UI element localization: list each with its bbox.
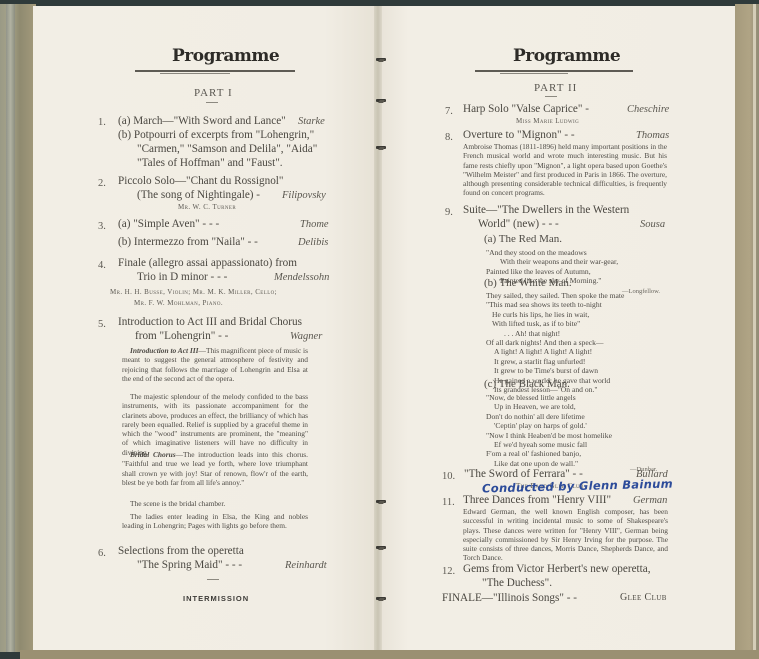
item-number: 7. [445, 106, 453, 117]
performer: Mr. H. H. Busse, Violin; Mr. M. K. Mille… [110, 288, 277, 296]
performer: Miss Marie Ludwig [516, 117, 579, 125]
composer: Thomas [636, 130, 669, 141]
performer: Mr. W. C. Turner [178, 203, 236, 211]
binding-staple-icon [376, 597, 386, 600]
item-line: Selections from the operetta [118, 545, 244, 557]
item-line: Suite—"The Dwellers in the Western [463, 204, 629, 216]
programme-note: Introduction to Act III—This magnificent… [122, 346, 308, 383]
title-underline [475, 70, 633, 72]
performer: Mr. F. W. Mohlman, Piano. [134, 299, 223, 307]
verse-line: It grew, a starlit flag unfurled! [486, 357, 624, 366]
note-lead: Bridal Chorus [130, 450, 176, 459]
item-line: Harp Solo "Valse Caprice" - [463, 103, 589, 115]
item-number: 5. [98, 319, 106, 330]
performer: Glee Club [620, 592, 667, 603]
item-line: "Tales of Hoffman" and "Faust". [137, 157, 283, 169]
note-text: The scene is the bridal chamber. [130, 499, 225, 508]
verse-line: Ef we'd hyeah some music fall [486, 440, 612, 449]
composer: Starke [298, 116, 325, 127]
verse-line: With their weapons and their war-gear, [486, 257, 618, 266]
verse-line: Don't do nothin' all dere lifetime [486, 412, 612, 421]
composer: Sousa [640, 219, 665, 230]
movement-heading: (a) The Red Man. [484, 233, 562, 245]
part-heading: PART II [534, 82, 577, 94]
item-number: 2. [98, 178, 106, 189]
verse-attribution: —Longfellow. [622, 288, 660, 295]
item-line: (b) Potpourri of excerpts from "Lohengri… [118, 129, 314, 141]
item-line: (b) Intermezzo from "Naila" - - [118, 236, 258, 248]
binding-staple-icon [376, 58, 386, 61]
finale-line: FINALE—"Illinois Songs" - - [442, 592, 577, 604]
programme-note: Edward German, the well known English co… [463, 507, 668, 563]
item-line: (a) "Simple Aven" - - - [118, 218, 219, 230]
verse-line: Up in Heaven, we are told, [486, 402, 612, 411]
programme-note: The ladies enter leading in Elsa, the Ki… [122, 512, 308, 531]
item-line: Finale (allegro assai appassionato) from [118, 257, 297, 269]
programme-note: Ambroise Thomas (1811-1896) held many im… [463, 142, 667, 198]
verse-line: They sailed, they sailed. Then spoke the… [486, 291, 624, 300]
verse-line: . . . Ah! that night! [486, 329, 624, 338]
part-heading: PART I [194, 87, 233, 99]
composer: Filipovsky [282, 190, 326, 201]
item-line: "Carmen," "Samson and Delila", "Aida" [137, 143, 317, 155]
composer: Wagner [290, 331, 322, 342]
composer: Thome [300, 219, 329, 230]
item-line: Introduction to Act III and Bridal Choru… [118, 316, 302, 328]
programme-note: The majestic splendour of the melody con… [122, 392, 308, 457]
verse-line: A light! A light! A light! A light! [486, 347, 624, 356]
verse-line: He curls his lips, he lies in wait, [486, 310, 624, 319]
movement-heading: (c) The Black Man. [484, 378, 570, 390]
verse-line: "Now I think Heaben'd be most homelike [486, 431, 612, 440]
item-number: 4. [98, 260, 106, 271]
item-line: Piccolo Solo—"Chant du Rossignol" [118, 175, 283, 187]
verse-line: Like dat one upon de wall." [486, 459, 612, 468]
item-number: 11. [442, 497, 455, 508]
composer: German [633, 495, 667, 506]
verse-line: "This mad sea shows its teeth to-night [486, 300, 624, 309]
verse-line: 'Ceptin' play on harps of gold.' [486, 421, 612, 430]
divider [545, 96, 557, 97]
book-cover-bottom-edge [20, 650, 759, 659]
item-line: Trio in D minor - - - [137, 271, 227, 283]
item-number: 9. [445, 207, 453, 218]
item-number: 6. [98, 548, 106, 559]
composer: Mendelssohn [274, 272, 329, 283]
item-line: "The Duchess". [482, 577, 552, 589]
movement-heading: (b) The White Man. [484, 277, 572, 289]
note-lead: Introduction to Act III [130, 346, 199, 355]
item-line: Overture to "Mignon" - - [463, 129, 575, 141]
binding-staple-icon [376, 99, 386, 102]
intermission-label: INTERMISSION [183, 594, 249, 603]
composer: Reinhardt [285, 560, 327, 571]
item-line: (a) March—"With Sword and Lance" [118, 115, 286, 127]
binding-staple-icon [376, 546, 386, 549]
divider [206, 102, 218, 103]
verse-line: "Now, de blessed little angels [486, 393, 612, 402]
divider [207, 579, 219, 580]
note-text: The majestic splendour of the melody con… [122, 392, 308, 457]
item-number: 10. [442, 471, 455, 482]
item-line: "The Sword of Ferrara" - - [464, 468, 583, 480]
verse-line: It grew to be Time's burst of dawn [486, 366, 624, 375]
verse-line: Of all dark nights! And then a speck— [486, 338, 624, 347]
binding-staple-icon [376, 500, 386, 503]
item-line: from "Lohengrin" - - [135, 330, 228, 342]
programme-note: Bridal Chorus—The introduction leads int… [122, 450, 308, 487]
page-title: Programme [513, 46, 620, 66]
composer: Cheschire [627, 104, 669, 115]
item-line: Gems from Victor Herbert's new operetta, [463, 563, 651, 575]
item-number: 3. [98, 221, 106, 232]
title-underline-thin [500, 73, 568, 74]
book-cover-left-edge [0, 4, 36, 652]
note-text: The ladies enter leading in Elsa, the Ki… [122, 512, 308, 530]
binding-staple-icon [376, 146, 386, 149]
item-line: (The song of Nightingale) - [137, 189, 260, 201]
book-cover-right-edge [735, 4, 759, 652]
verse-line: "And they stood on the meadows [486, 248, 618, 257]
verse: "Now, de blessed little angels Up in Hea… [486, 393, 612, 468]
item-line: Three Dances from "Henry VIII" [463, 494, 611, 506]
page-title: Programme [172, 46, 279, 66]
verse-line: F'om a real ol' fashioned banjo, [486, 449, 612, 458]
item-number: 1. [98, 117, 106, 128]
verse-line: Painted like the leaves of Autumn, [486, 267, 618, 276]
title-underline-thin [160, 73, 230, 74]
item-number: 12. [442, 566, 455, 577]
programme-note: The scene is the bridal chamber. [122, 499, 308, 508]
item-line: "The Spring Maid" - - - [137, 559, 242, 571]
composer: Delibis [298, 237, 328, 248]
verse-line: With lifted tusk, as if to bite" [486, 319, 624, 328]
item-line: World" (new) - - - [478, 218, 559, 230]
title-underline [135, 70, 295, 72]
item-number: 8. [445, 132, 453, 143]
